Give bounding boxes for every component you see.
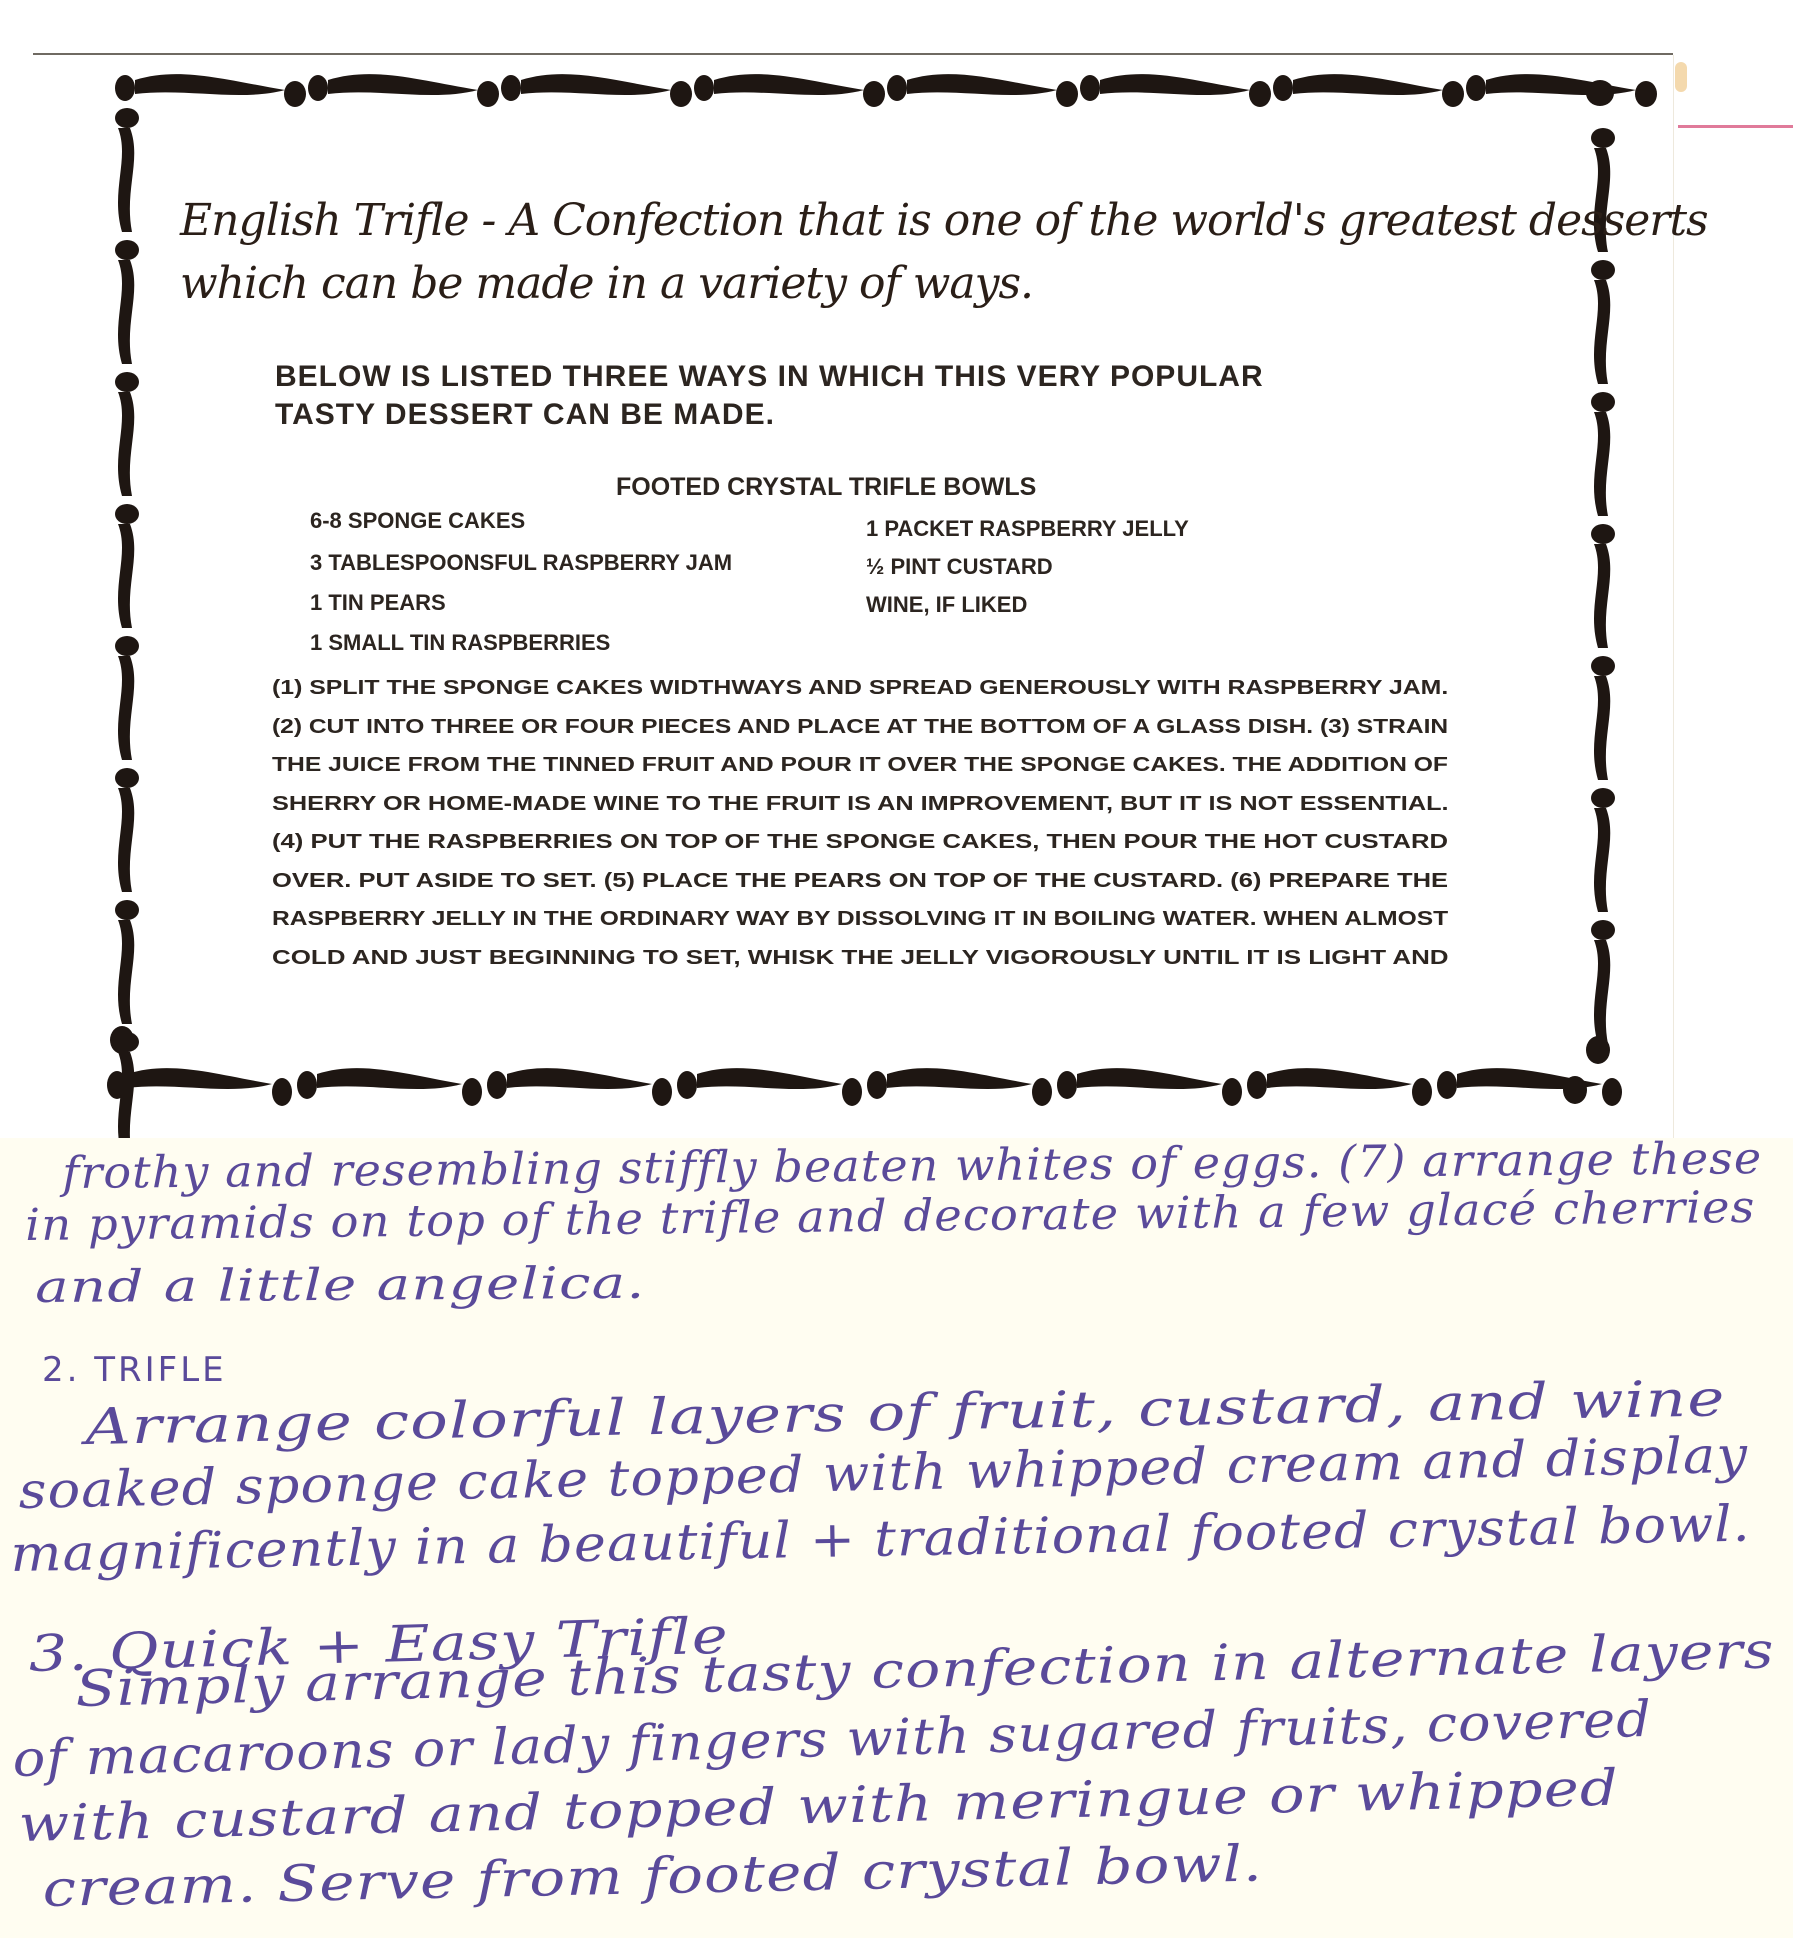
ingredient-item: 1 PACKET RASPBERRY JELLY: [866, 516, 1189, 542]
instructions-paragraph: (1) SPLIT THE SPONGE CAKES WIDTHWAYS AND…: [272, 669, 1448, 977]
instruction-line: (1) SPLIT THE SPONGE CAKES WIDTHWAYS AND…: [272, 669, 1448, 708]
instruction-line: (4) PUT THE RASPBERRIES ON TOP OF THE SP…: [272, 823, 1448, 862]
section-2-title: 2. TRIFLE: [42, 1350, 227, 1390]
instruction-line: THE JUICE FROM THE TINNED FRUIT AND POUR…: [272, 746, 1448, 785]
handwritten-line: and a little angelica.: [35, 1258, 646, 1313]
ingredient-item: WINE, IF LIKED: [866, 592, 1027, 618]
ingredient-item: 1 SMALL TIN RASPBERRIES: [310, 630, 610, 656]
instruction-line: COLD AND JUST BEGINNING TO SET, WHISK TH…: [272, 939, 1448, 978]
instruction-line: (2) CUT INTO THREE OR FOUR PIECES AND PL…: [272, 708, 1448, 747]
instruction-line: RASPBERRY JELLY IN THE ORDINARY WAY BY D…: [272, 900, 1448, 939]
card-title-line-2: which can be made in a variety of ways.: [180, 258, 1033, 309]
instruction-line: SHERRY OR HOME-MADE WINE TO THE FRUIT IS…: [272, 785, 1448, 824]
instruction-line: OVER. PUT ASIDE TO SET. (5) PLACE THE PE…: [272, 862, 1448, 901]
ingredient-item: 3 TABLESPOONSFUL RASPBERRY JAM: [310, 550, 732, 576]
ingredient-item: 6-8 SPONGE CAKES: [310, 508, 525, 534]
heading-line-2: TASTY DESSERT CAN BE MADE.: [275, 398, 775, 432]
ingredient-item: ½ PINT CUSTARD: [866, 554, 1053, 580]
heading-line-1: BELOW IS LISTED THREE WAYS IN WHICH THIS…: [275, 360, 1264, 394]
ingredient-item: 1 TIN PEARS: [310, 590, 446, 616]
subheading: FOOTED CRYSTAL TRIFLE BOWLS: [616, 473, 1036, 502]
card-title-line-1: English Trifle - A Confection that is on…: [180, 195, 1708, 246]
